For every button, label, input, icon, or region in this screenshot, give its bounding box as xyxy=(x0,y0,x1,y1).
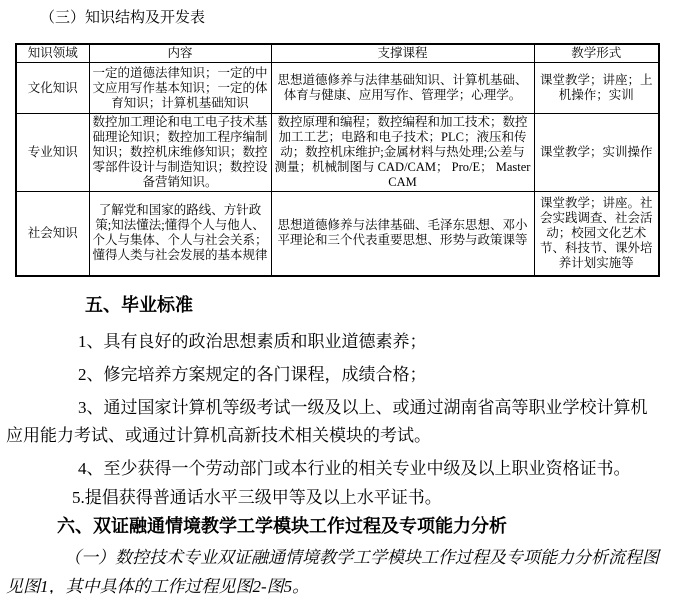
cell-content: 一定的道德法律知识；一定的中文应用写作基本知识；一定的体育知识；计算机基础知识 xyxy=(89,63,271,114)
cell-form: 课堂教学；实训操作 xyxy=(534,114,659,192)
cell-form: 课堂教学；讲座；上机操作；实训 xyxy=(534,63,659,114)
table-row: 专业知识 数控加工理论和电工电子技术基础理论知识；数控加工程序编制知识；数控机床… xyxy=(16,114,659,192)
header-teaching-form: 教学形式 xyxy=(534,44,659,63)
table-row: 文化知识 一定的道德法律知识；一定的中文应用写作基本知识；一定的体育知识；计算机… xyxy=(16,63,659,114)
graduation-item-5: 5.提倡获得普通话水平三级甲等及以上水平证书。 xyxy=(6,484,663,512)
cell-domain: 文化知识 xyxy=(16,63,89,114)
cell-domain: 专业知识 xyxy=(16,114,89,192)
cell-courses: 思想道德修养与法律基础知识、计算机基础、体育与健康、应用写作、管理学；心理学。 xyxy=(271,63,534,114)
knowledge-structure-table: 知识领域 内容 支撑课程 教学形式 文化知识 一定的道德法律知识；一定的中文应用… xyxy=(15,43,660,277)
dual-certificate-paragraph: （一）数控技术专业双证融通情境教学工学模块工作过程及专项能力分析流程图见图1，其… xyxy=(6,543,663,594)
cell-courses: 数控原理和编程；数控编程和加工技术；数控加工工艺；电路和电子技术；PLC；液压和… xyxy=(271,114,534,192)
graduation-item-3: 3、通过国家计算机等级考试一级及以上、或通过湖南省高等职业学校计算机应用能力考试… xyxy=(6,394,663,450)
graduation-item-2: 2、修完培养方案规定的各门课程，成绩合格； xyxy=(6,361,663,389)
cell-courses: 思想道德修养与法律基础、毛泽东思想、邓小平理论和三个代表重要思想、形势与政策课等 xyxy=(271,192,534,276)
graduation-item-4: 4、至少获得一个劳动部门或本行业的相关专业中级及以上职业资格证书。 xyxy=(6,455,663,483)
cell-content: 了解党和国家的路线、方针政策;知法懂法;懂得个人与他人、个人与集体、个人与社会关… xyxy=(89,192,271,276)
graduation-item-1: 1、具有良好的政治思想素质和职业道德素养； xyxy=(6,328,663,356)
cell-domain: 社会知识 xyxy=(16,192,89,276)
cell-content: 数控加工理论和电工电子技术基础理论知识；数控加工程序编制知识；数控机床维修知识；… xyxy=(89,114,271,192)
header-content: 内容 xyxy=(89,44,271,63)
table-header-row: 知识领域 内容 支撑课程 教学形式 xyxy=(16,44,659,63)
section-heading-graduation-standards: 五、毕业标准 xyxy=(85,294,663,316)
section-title-knowledge-table: （三）知识结构及开发表 xyxy=(40,8,663,28)
table-row: 社会知识 了解党和国家的路线、方针政策;知法懂法;懂得个人与他人、个人与集体、个… xyxy=(16,192,659,276)
cell-form: 课堂教学；讲座。社会实践调查、社会活动；校园文化艺术节、科技节、课外培养计划实施… xyxy=(534,192,659,276)
header-supporting-courses: 支撑课程 xyxy=(271,44,534,63)
document-page: （三）知识结构及开发表 知识领域 内容 支撑课程 教学形式 文化知识 一定的道德… xyxy=(0,0,675,594)
section-heading-dual-certificate-analysis: 六、双证融通情境教学工学模块工作过程及专项能力分析 xyxy=(57,515,663,537)
header-knowledge-domain: 知识领域 xyxy=(16,44,89,63)
